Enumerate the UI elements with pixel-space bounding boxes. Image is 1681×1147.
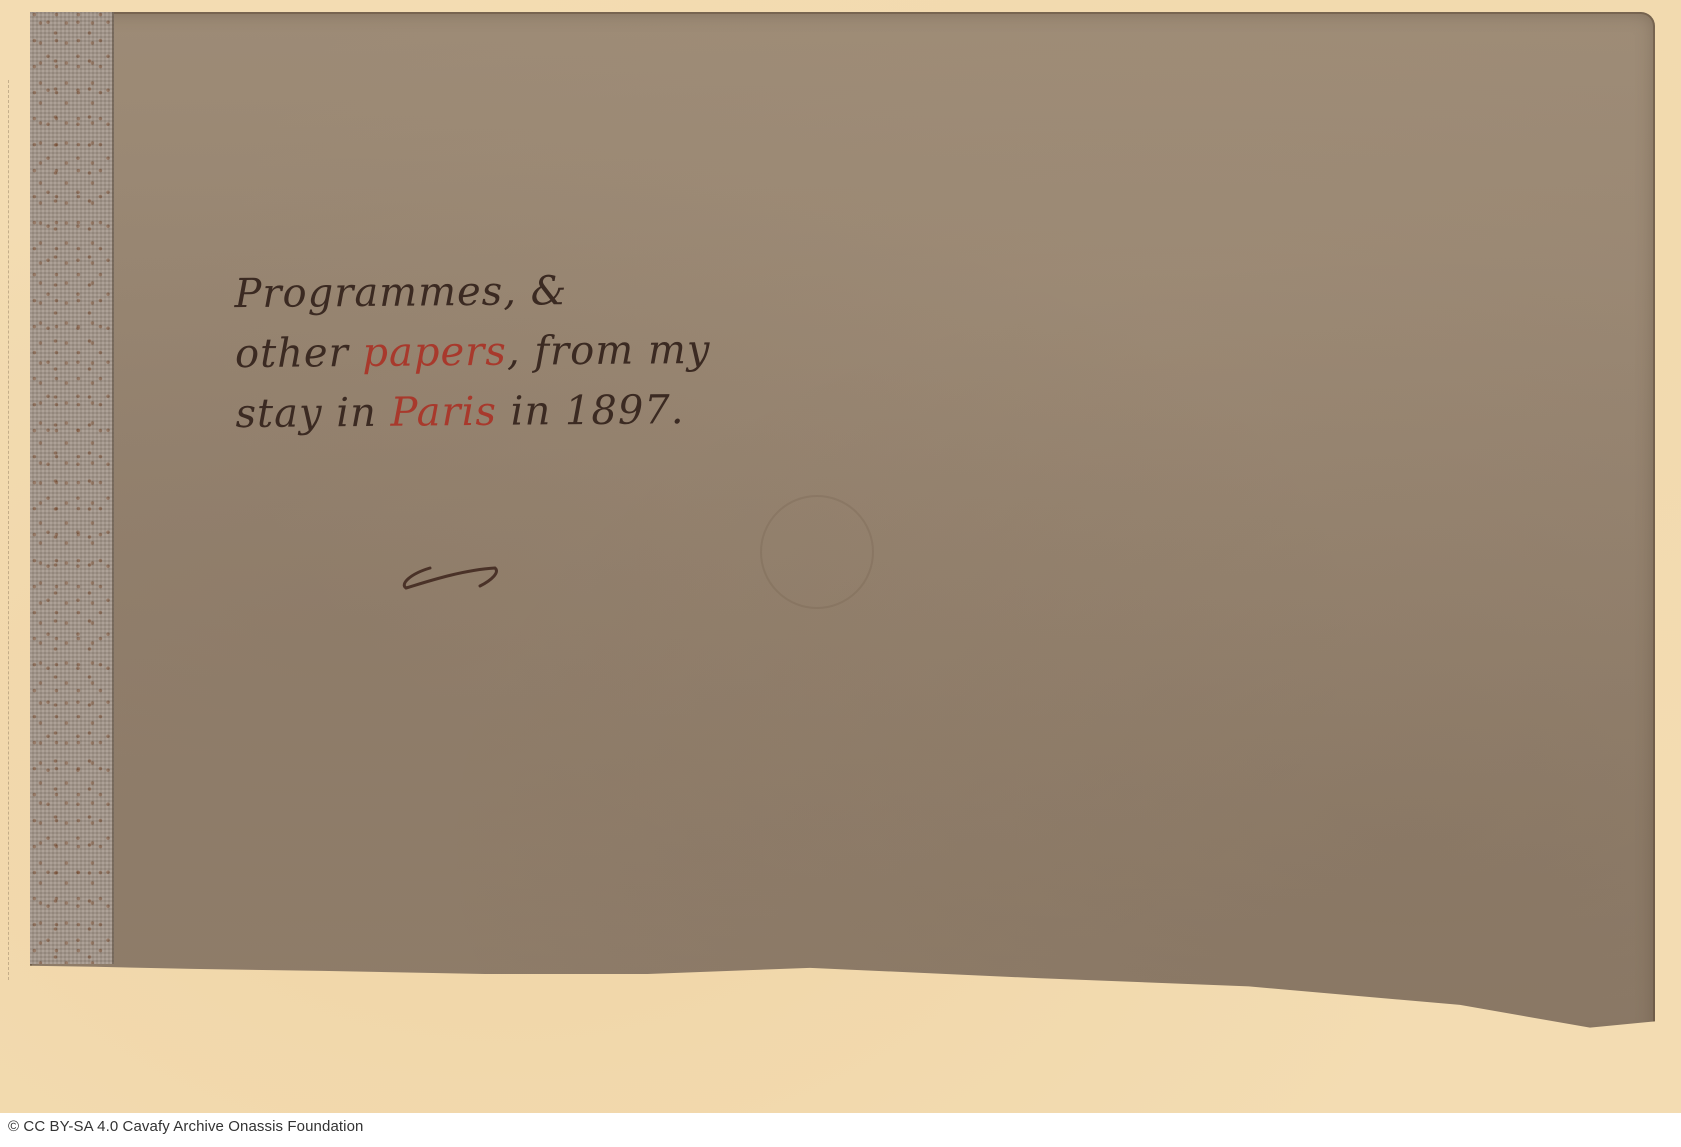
linen-spine-tape xyxy=(30,12,114,964)
note-line-2: other papers, from my xyxy=(235,320,711,384)
image-viewer: Programmes, & other papers, from my stay… xyxy=(0,0,1681,1147)
water-stain xyxy=(760,495,874,609)
red-ink-word: Paris xyxy=(390,389,497,436)
handwritten-note: Programmes, & other papers, from my stay… xyxy=(234,260,711,444)
note-line-3: stay in Paris in 1897. xyxy=(235,380,711,444)
scanned-document-image: Programmes, & other papers, from my stay… xyxy=(0,0,1681,1113)
note-line-1: Programmes, & xyxy=(234,260,710,324)
license-caption: © CC BY-SA 4.0 Cavafy Archive Onassis Fo… xyxy=(8,1118,363,1135)
red-ink-word: papers xyxy=(362,329,507,376)
flourish-mark-icon xyxy=(400,560,510,600)
